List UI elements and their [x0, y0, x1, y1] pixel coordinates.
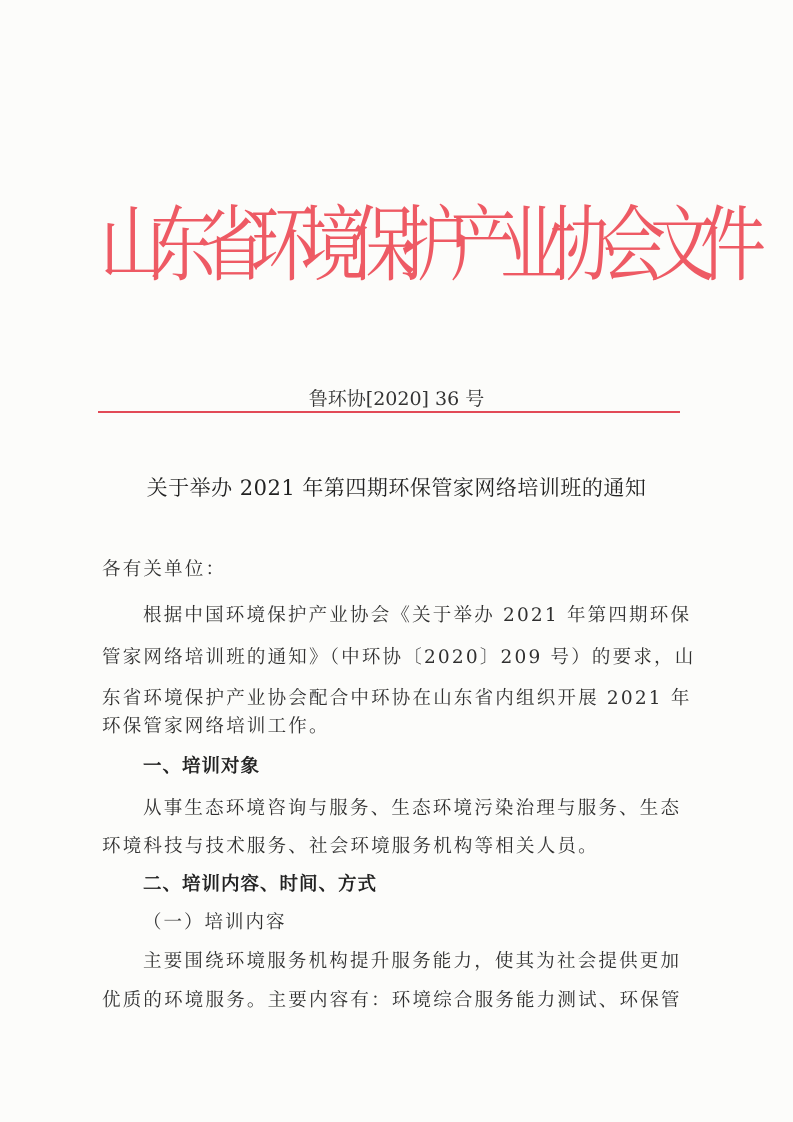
paragraph-line: 根据中国环境保护产业协会《关于举办 2021 年第四期环保: [143, 601, 733, 627]
subsection-heading: （一）培训内容: [143, 908, 733, 934]
notice-title: 关于举办 2021 年第四期环保管家网络培训班的通知: [0, 472, 793, 502]
masthead-char: 东: [150, 184, 200, 309]
masthead-char: 产: [450, 184, 500, 309]
masthead-title: 山 东 省 环 境 保 护 产 业 协 会 文 件: [100, 184, 700, 309]
masthead-char: 保: [350, 184, 400, 309]
masthead-char: 境: [300, 184, 350, 309]
masthead-char: 护: [400, 184, 450, 309]
masthead-char: 业: [500, 184, 550, 309]
paragraph-line: 管家网络培训班的通知》（中环协〔2020〕209 号）的要求，山: [102, 643, 692, 669]
masthead-char: 协: [550, 184, 600, 309]
masthead-char: 会: [600, 184, 650, 309]
section-heading: 一、培训对象: [143, 752, 733, 778]
section-line: 环境科技与技术服务、社会环境服务机构等相关人员。: [102, 832, 692, 858]
masthead-char: 件: [700, 184, 750, 309]
section-line: 从事生态环境咨询与服务、生态环境污染治理与服务、生态: [143, 794, 733, 820]
subsection-line: 优质的环境服务。主要内容有：环境综合服务能力测试、环保管: [102, 986, 692, 1012]
paragraph-line: 环保管家网络培训工作。: [102, 712, 692, 738]
section-heading: 二、培训内容、时间、方式: [143, 870, 733, 896]
document-number: 鲁环协[2020] 36 号: [0, 384, 793, 411]
masthead-char: 环: [250, 184, 300, 309]
masthead-char: 山: [100, 184, 150, 309]
paragraph-line: 东省环境保护产业协会配合中环协在山东省内组织开展 2021 年: [102, 684, 692, 710]
document-page: 山 东 省 环 境 保 护 产 业 协 会 文 件 鲁环协[2020] 36 号…: [0, 0, 793, 1122]
masthead-char: 文: [650, 184, 700, 309]
subsection-line: 主要围绕环境服务机构提升服务能力，使其为社会提供更加: [143, 947, 733, 973]
masthead-char: 省: [200, 184, 250, 309]
red-divider-line: [98, 411, 680, 413]
salutation: 各有关单位：: [102, 555, 692, 581]
